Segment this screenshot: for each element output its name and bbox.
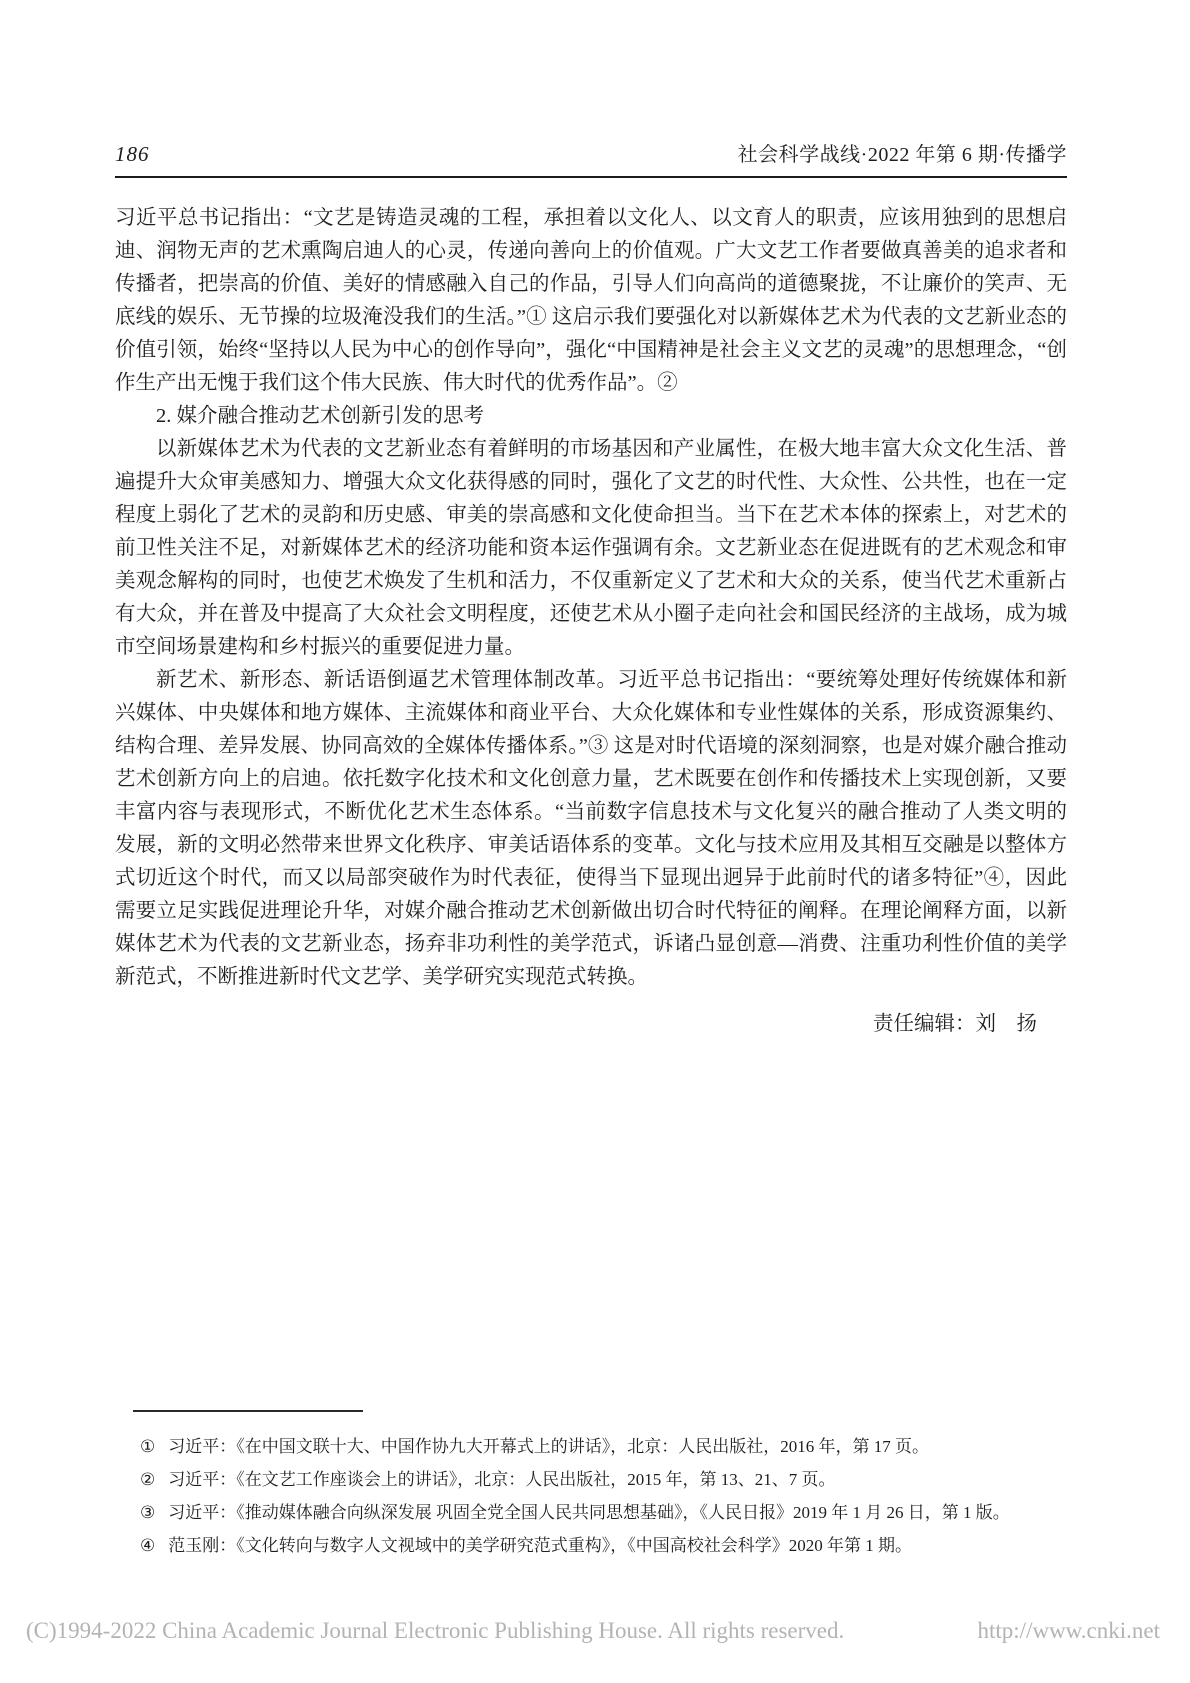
- paragraph: 新艺术、新形态、新话语倒逼艺术管理体制改革。习近平总书记指出：“要统筹处理好传统…: [115, 664, 1067, 994]
- cnki-watermark: (C)1994-2022 China Academic Journal Elec…: [26, 1618, 1160, 1644]
- editor-credit-line: 责任编辑：刘 扬: [115, 1008, 1067, 1041]
- page-header: 186 社会科学战线·2022 年第 6 期·传播学: [115, 138, 1067, 178]
- footnote-text: 习近平：《在中国文联十大、中国作协九大开幕式上的讲话》，北京：人民出版社，201…: [168, 1437, 929, 1456]
- section-heading: 2. 媒介融合推动艺术创新引发的思考: [115, 400, 1067, 433]
- footnote-text: 习近平：《在文艺工作座谈会上的讲话》，北京：人民出版社，2015 年，第 13、…: [168, 1470, 835, 1489]
- watermark-copyright: (C)1994-2022 China Academic Journal Elec…: [26, 1618, 844, 1644]
- page-number: 186: [115, 142, 150, 167]
- footnote-text: 习近平：《推动媒体融合向纵深发展 巩固全党全国人民共同思想基础》，《人民日报》2…: [168, 1503, 1010, 1522]
- footnote-marker: ③: [140, 1496, 155, 1529]
- journal-issue-info: 社会科学战线·2022 年第 6 期·传播学: [738, 138, 1067, 167]
- footnote-text: 范玉刚：《文化转向与数字人文视域中的美学研究范式重构》，《中国高校社会科学》20…: [168, 1536, 912, 1555]
- footnote-marker: ①: [140, 1430, 155, 1463]
- footnote-item: ②习近平：《在文艺工作座谈会上的讲话》，北京：人民出版社，2015 年，第 13…: [115, 1463, 1067, 1496]
- footnote-marker: ④: [140, 1529, 155, 1562]
- paragraph: 以新媒体艺术为代表的文艺新业态有着鲜明的市场基因和产业属性，在极大地丰富大众文化…: [115, 433, 1067, 664]
- footnote-marker: ②: [140, 1463, 155, 1496]
- paragraph-continuation: 习近平总书记指出：“文艺是铸造灵魂的工程，承担着以文化人、以文育人的职责，应该用…: [115, 202, 1067, 400]
- document-page: 186 社会科学战线·2022 年第 6 期·传播学 习近平总书记指出：“文艺是…: [0, 0, 1190, 1683]
- watermark-url: http://www.cnki.net: [978, 1618, 1160, 1644]
- article-body: 习近平总书记指出：“文艺是铸造灵魂的工程，承担着以文化人、以文育人的职责，应该用…: [115, 202, 1067, 1041]
- footnote-separator-rule: [133, 1410, 363, 1412]
- footnote-item: ①习近平：《在中国文联十大、中国作协九大开幕式上的讲话》，北京：人民出版社，20…: [115, 1430, 1067, 1463]
- footnote-list: ①习近平：《在中国文联十大、中国作协九大开幕式上的讲话》，北京：人民出版社，20…: [115, 1430, 1067, 1562]
- footnote-item: ③习近平：《推动媒体融合向纵深发展 巩固全党全国人民共同思想基础》，《人民日报》…: [115, 1496, 1067, 1529]
- footnote-item: ④范玉刚：《文化转向与数字人文视域中的美学研究范式重构》，《中国高校社会科学》2…: [115, 1529, 1067, 1562]
- footnotes-section: ①习近平：《在中国文联十大、中国作协九大开幕式上的讲话》，北京：人民出版社，20…: [115, 1410, 1067, 1562]
